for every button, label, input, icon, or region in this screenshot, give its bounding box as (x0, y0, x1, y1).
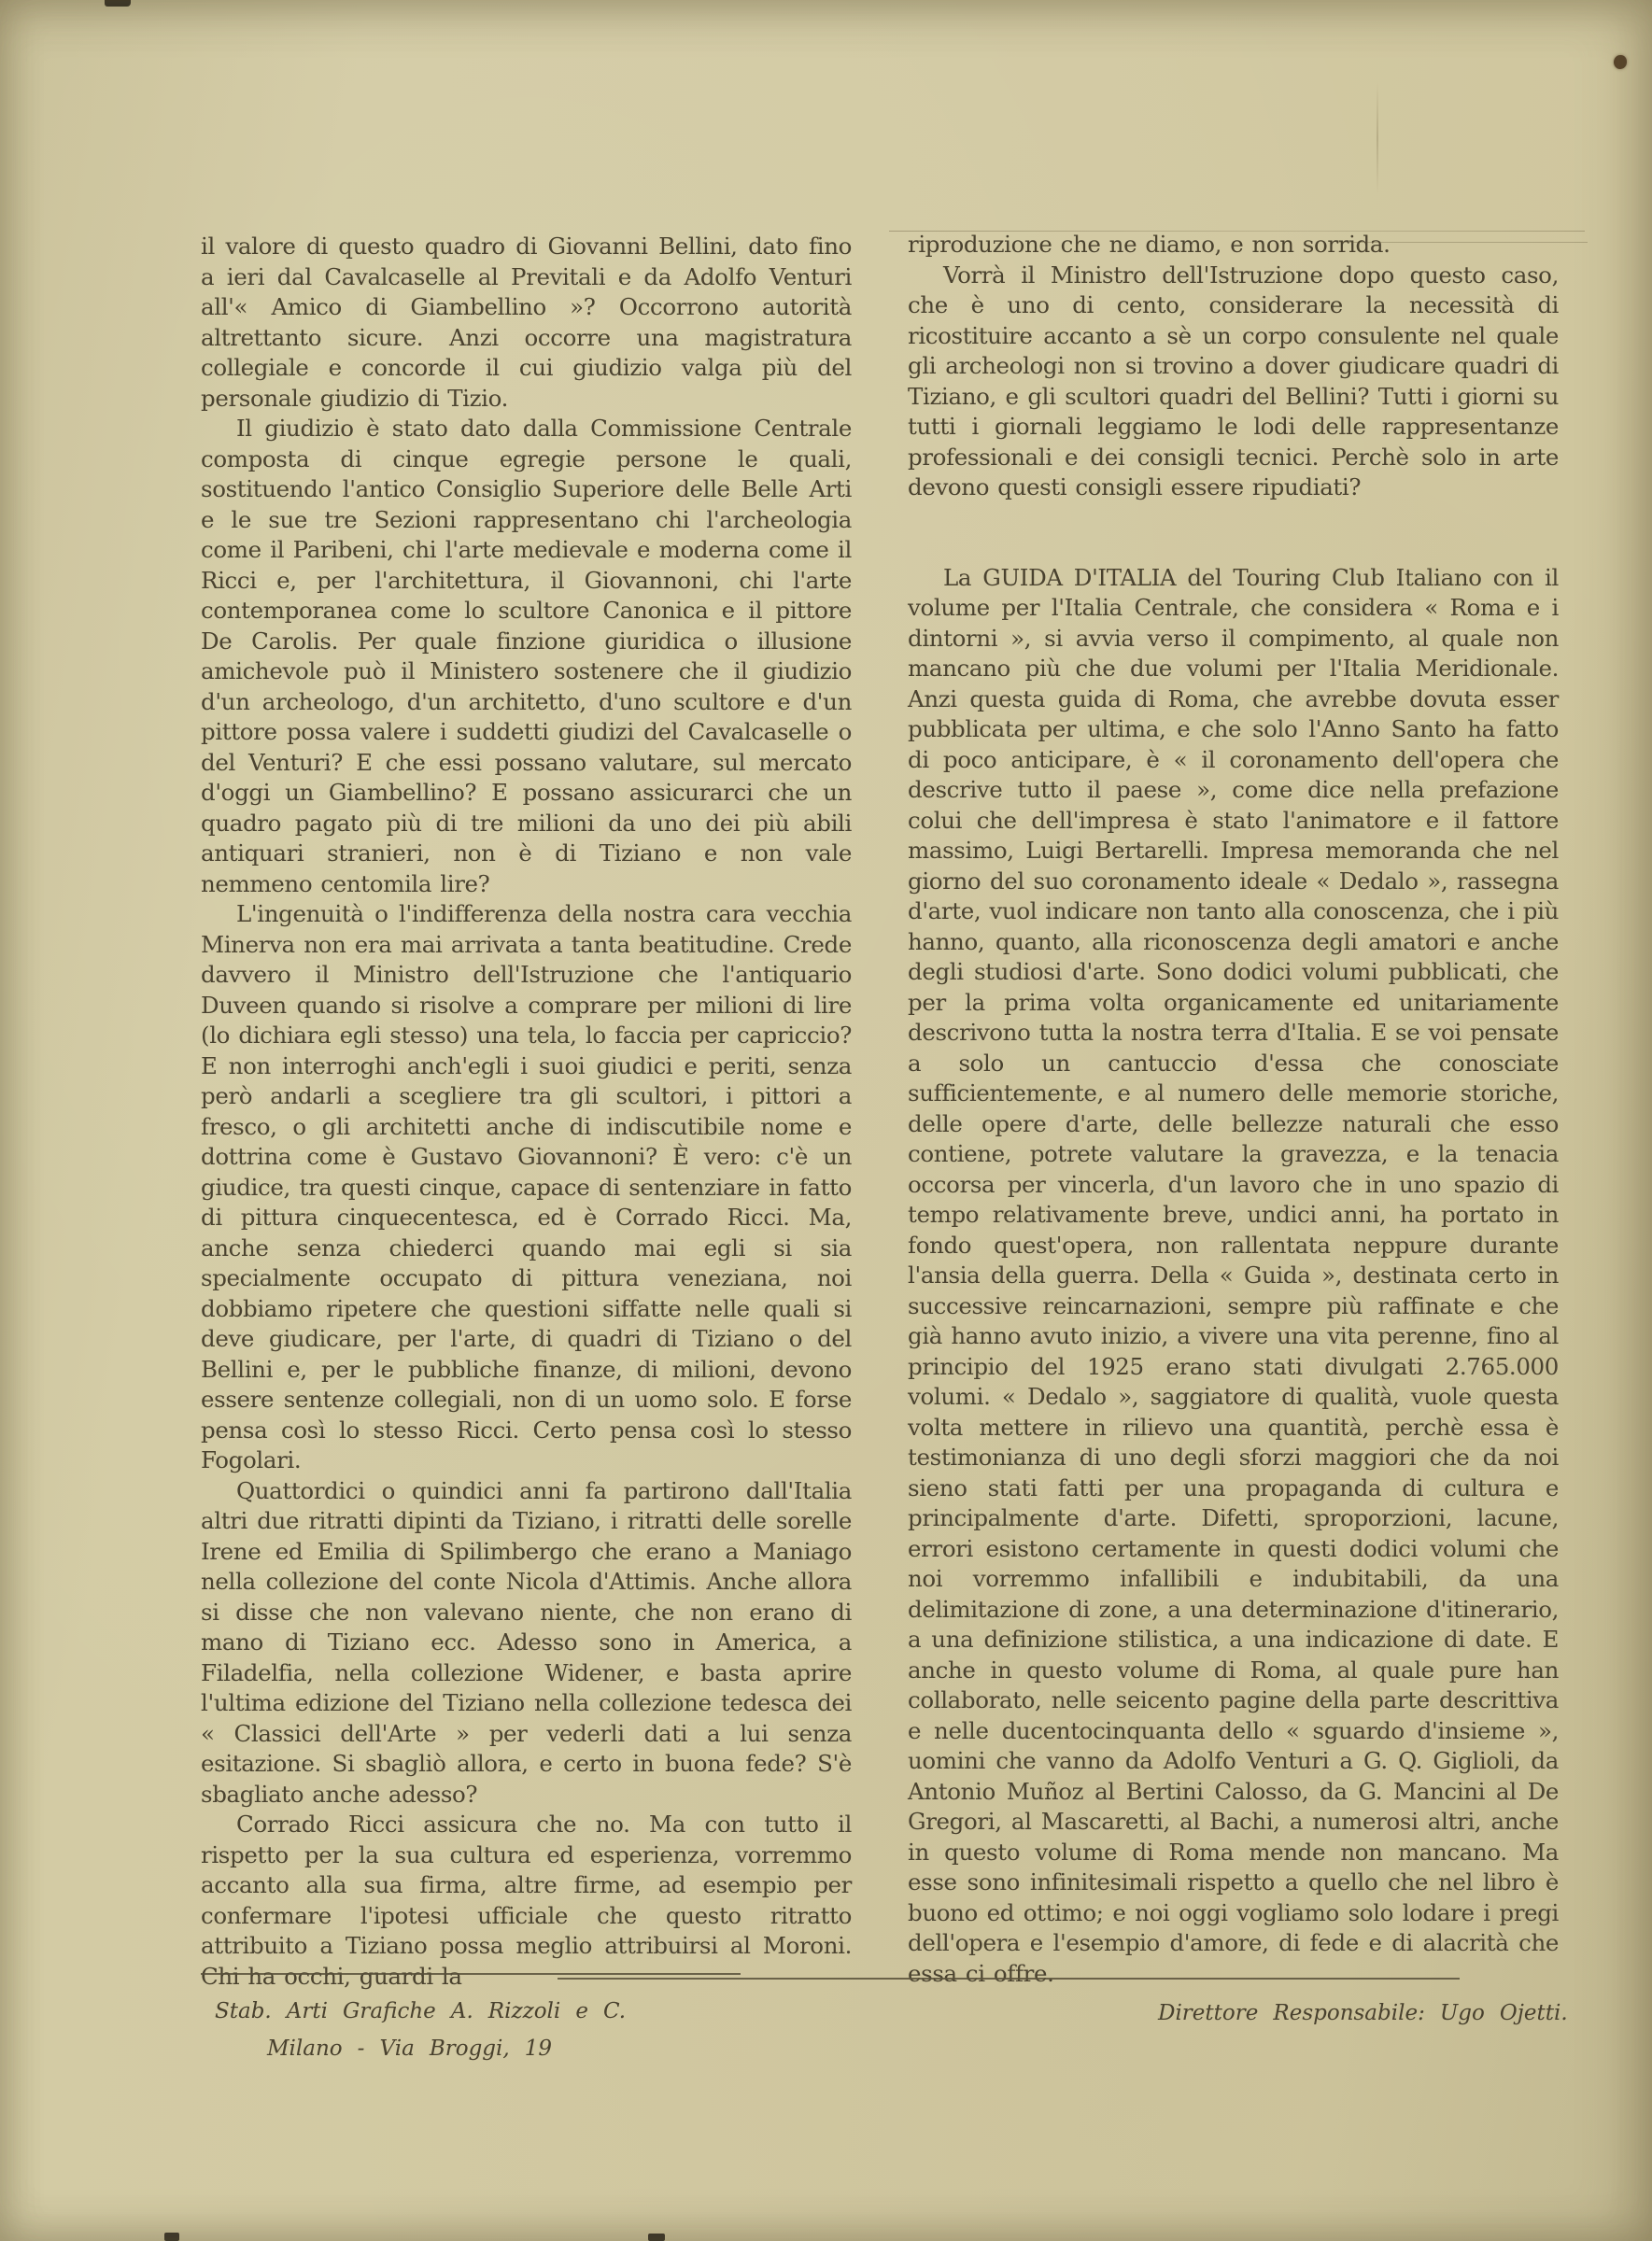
right-text-column: riproduzione che ne diamo, e non sorrida… (908, 230, 1559, 1989)
ink-spot-artifact (1614, 55, 1627, 69)
paragraph: L'ingenuità o l'indifferenza della nostr… (201, 899, 852, 1476)
bottom-edge-scan-mark (648, 2234, 665, 2241)
footer-rule-right-segment (558, 1978, 1460, 1980)
bottom-edge-scan-mark (164, 2233, 179, 2241)
paper-crease-artifact (1377, 82, 1378, 194)
paragraph: Corrado Ricci assicura che no. Ma con tu… (201, 1810, 852, 1992)
printer-imprint: Stab. Arti Grafiche A. Rizzoli e C. Mila… (215, 1993, 626, 2067)
top-left-scan-mark (105, 0, 131, 7)
left-text-column: il valore di questo quadro di Giovanni B… (201, 232, 852, 1992)
printer-name: Stab. Arti Grafiche A. Rizzoli e C. (215, 1993, 626, 2030)
footer-rule-left-segment (201, 1973, 741, 1975)
director-credit: Direttore Responsabile: Ugo Ojetti. (1158, 1994, 1568, 2032)
paragraph: il valore di questo quadro di Giovanni B… (201, 232, 852, 414)
paragraph: riproduzione che ne diamo, e non sorrida… (908, 230, 1559, 261)
paragraph: Il giudizio è stato dato dalla Commissio… (201, 414, 852, 899)
printer-address: Milano - Via Broggi, 19 (215, 2030, 626, 2067)
scanned-page: il valore di questo quadro di Giovanni B… (0, 0, 1652, 2241)
paragraph: Vorrà il Ministro dell'Istruzione dopo q… (908, 261, 1559, 503)
paragraph: Quattordici o quindici anni fa partirono… (201, 1476, 852, 1811)
paragraph-guida-italia: La GUIDA D'ITALIA del Touring Club Itali… (908, 563, 1559, 1990)
